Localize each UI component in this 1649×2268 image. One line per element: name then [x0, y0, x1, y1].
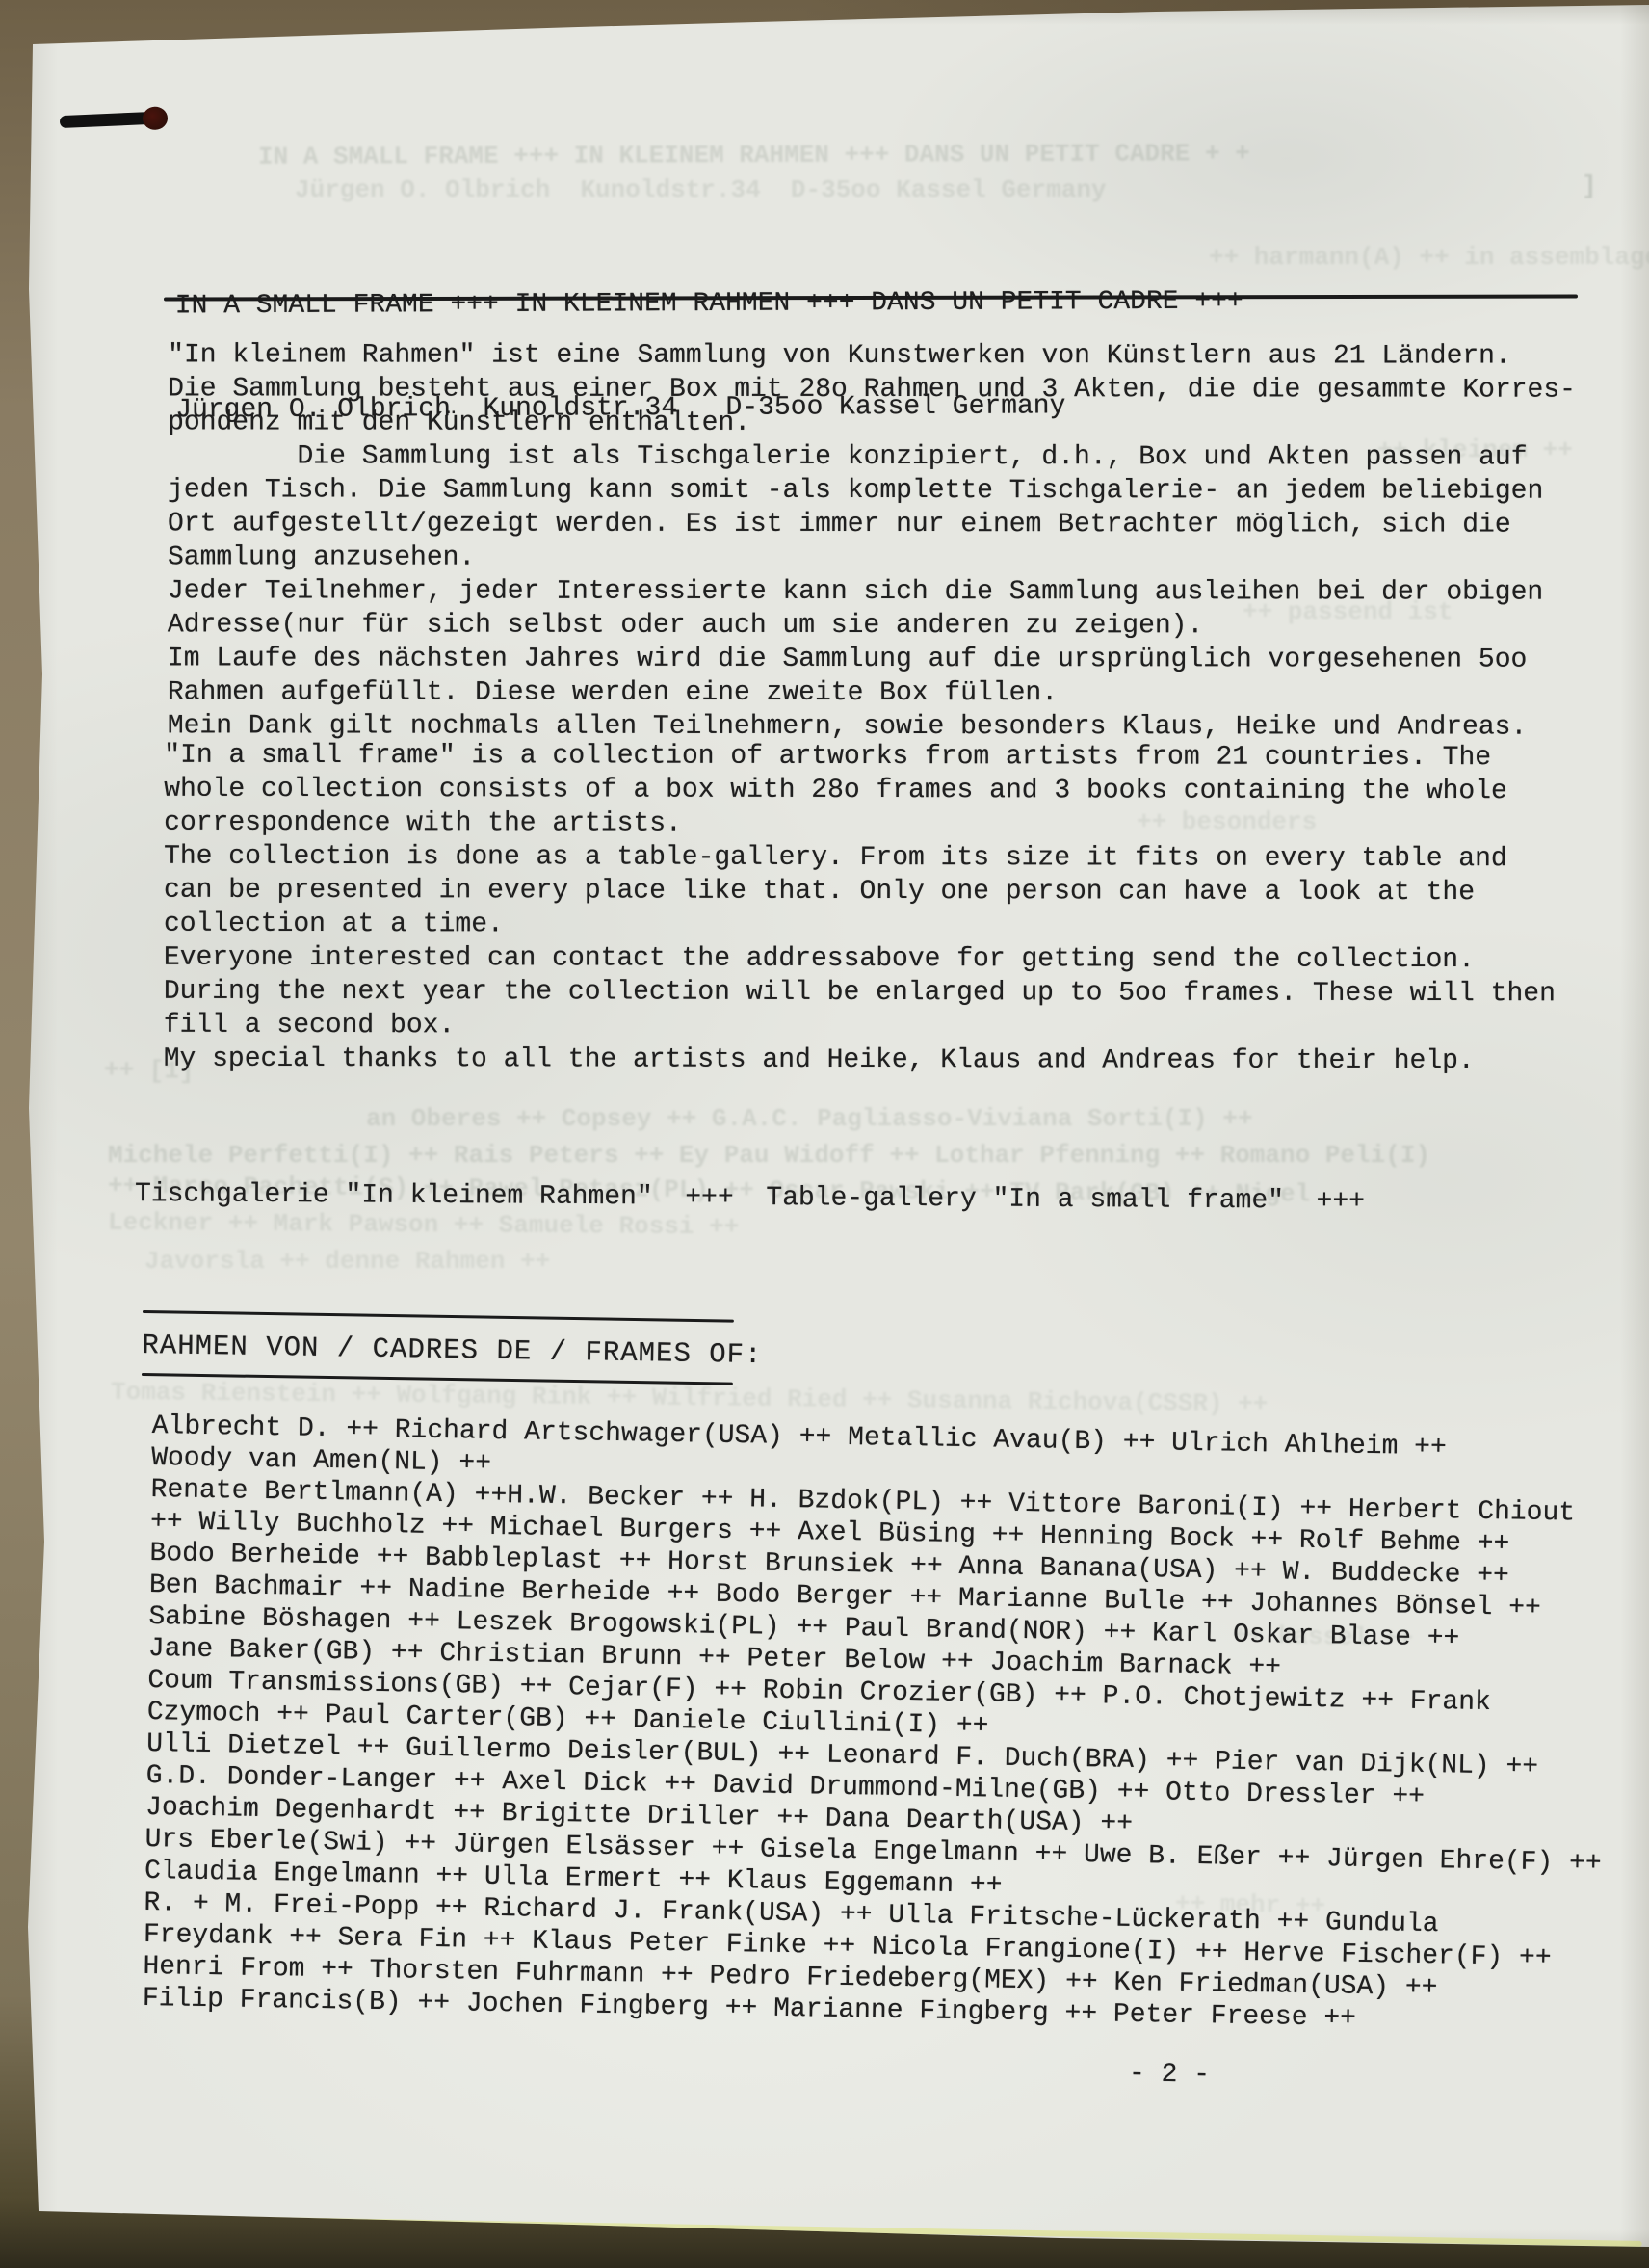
ghost-bleed-text: an Oberes ++ Copsey ++ G.A.C. Pagliasso-… — [366, 1104, 1253, 1133]
ghost-bleed-text: ] — [1582, 171, 1597, 200]
english-paragraph: "In a small frame" is a collection of ar… — [164, 739, 1557, 1079]
title-line: IN A SMALL FRAME +++ IN KLEINEM RAHMEN +… — [175, 285, 1243, 325]
ghost-bleed-text: Jürgen O. Olbrich Kunoldstr.34 D-35oo Ka… — [295, 175, 1107, 204]
artist-names-list: Albrecht D. ++ Richard Artschwager(USA) … — [143, 1411, 1609, 2039]
ghost-bleed-text: IN A SMALL FRAME +++ IN KLEINEM RAHMEN +… — [258, 139, 1250, 171]
ghost-bleed-text: ++ harmann(A) ++ in assemblage ++ — [1209, 243, 1649, 272]
paper: IN A SMALL FRAME +++ IN KLEINEM RAHMEN +… — [0, 0, 1649, 2268]
frames-heading-block: RAHMEN VON / CADRES DE / FRAMES OF: — [142, 1310, 763, 1385]
german-paragraph: "In kleinem Rahmen" ist eine Sammlung vo… — [168, 338, 1576, 744]
page-number: - 2 - — [1129, 2057, 1211, 2093]
ghost-bleed-text: Michele Perfetti(I) ++ Rais Peters ++ Ey… — [108, 1141, 1430, 1170]
frames-heading: RAHMEN VON / CADRES DE / FRAMES OF: — [142, 1330, 763, 1371]
cardboard-background: IN A SMALL FRAME +++ IN KLEINEM RAHMEN +… — [0, 0, 1649, 2268]
ghost-bleed-text: Javorsla ++ denne Rahmen ++ — [144, 1247, 550, 1276]
